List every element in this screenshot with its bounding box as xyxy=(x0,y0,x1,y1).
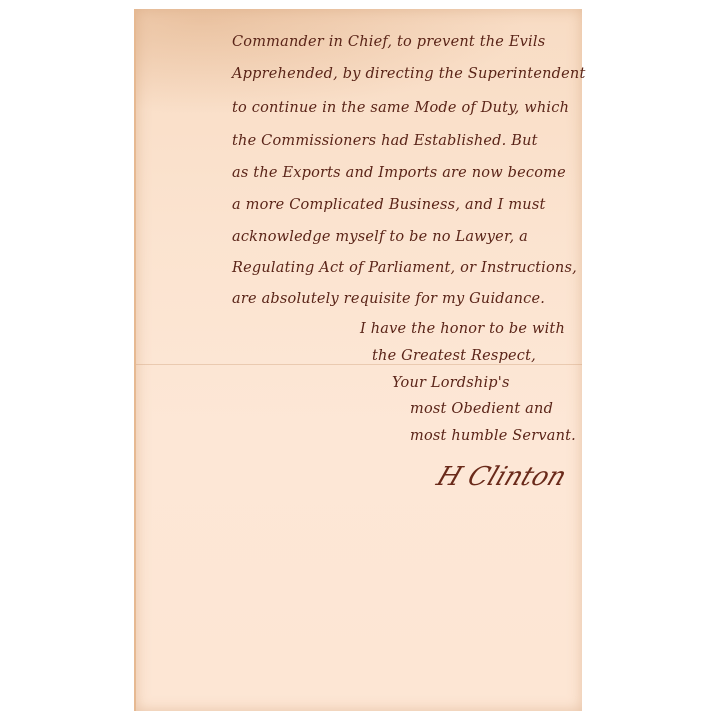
body-line: as the Exports and Imports are now becom… xyxy=(232,165,566,181)
body-line: acknowledge myself to be no Lawyer, a xyxy=(232,229,528,245)
body-line: Commander in Chief, to prevent the Evils xyxy=(232,34,545,50)
body-line: are absolutely requisite for my Guidance… xyxy=(232,291,545,307)
closing-line: most Obedient and xyxy=(410,401,553,417)
paper-fold xyxy=(136,364,582,365)
signature: H Clinton xyxy=(433,462,571,492)
body-line: the Commissioners had Established. But xyxy=(232,133,538,149)
closing-line: most humble Servant. xyxy=(410,428,576,444)
body-line: a more Complicated Business, and I must xyxy=(232,197,546,213)
body-line: to continue in the same Mode of Duty, wh… xyxy=(232,100,569,116)
closing-line: the Greatest Respect, xyxy=(372,348,536,364)
body-line: Apprehended, by directing the Superinten… xyxy=(232,66,585,82)
closing-line: I have the honor to be with xyxy=(360,321,565,337)
body-line: Regulating Act of Parliament, or Instruc… xyxy=(232,260,577,276)
closing-line: Your Lordship's xyxy=(392,375,510,391)
